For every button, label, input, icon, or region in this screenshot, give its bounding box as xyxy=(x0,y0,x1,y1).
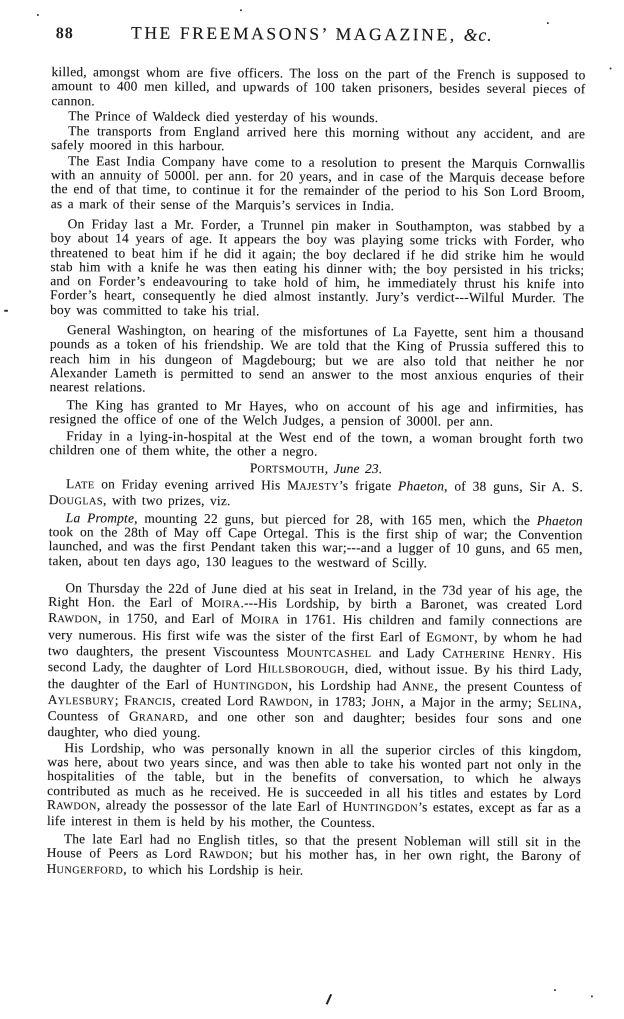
scan-speck xyxy=(4,310,8,312)
text-segment: ; but his mother has, in her own right, … xyxy=(249,846,581,863)
page-number: 88 xyxy=(56,25,74,43)
text-segment: THE FREEMASONS’ MAGAZINE, xyxy=(131,23,464,45)
smallcaps-text: PORTSMOUTH xyxy=(250,460,325,475)
text-segment: His Lordship, who was personally known i… xyxy=(47,740,581,801)
smallcaps-text: SELINA xyxy=(537,695,578,710)
scan-speck xyxy=(610,67,612,69)
smallcaps-text: HILLSBOROUGH xyxy=(258,661,345,677)
smallcaps-text: GRANARD xyxy=(129,709,185,724)
text-segment: The transports from England arrived here… xyxy=(51,123,585,153)
smallcaps-text: RAWDON xyxy=(47,797,97,812)
text-segment: , in 1783; xyxy=(309,694,372,709)
scan-speck xyxy=(37,14,39,16)
text-segment: ; xyxy=(115,692,125,707)
smallcaps-text: CATHERINE HENRY xyxy=(442,645,552,661)
italic-text: Phaeton xyxy=(537,513,583,528)
smallcaps-text: RAWDON xyxy=(199,846,249,861)
italic-text: La Prompte xyxy=(66,510,134,525)
smallcaps-text: LATE xyxy=(66,476,95,491)
smallcaps-text: DOUGLAS xyxy=(49,492,103,507)
smallcaps-text: MOIRA xyxy=(201,595,240,610)
paragraph-earl-of-moira-obituary: On Thursday the 22d of June died at his … xyxy=(47,581,582,743)
italic-text: &c. xyxy=(464,25,493,45)
text-segment: The East India Company have come to a re… xyxy=(51,153,585,213)
text-segment: on Friday evening arrived His xyxy=(95,476,288,492)
smallcaps-text: MOUNTCASHEL xyxy=(287,645,372,661)
paragraph-his-lordship-circles: His Lordship, who was personally known i… xyxy=(47,741,582,832)
paragraph-east-india-company: The East India Company have come to a re… xyxy=(51,154,585,214)
paragraph-king-hayes-pension: The King has granted to Mr Hayes, who on… xyxy=(49,398,583,430)
smallcaps-text: EGMONT xyxy=(426,629,474,644)
text-segment: ’s frigate xyxy=(339,478,398,493)
text-segment: , in 1750, and Earl of xyxy=(98,611,241,627)
scan-stray-mark xyxy=(326,994,332,1005)
text-segment: killed, amongst whom are five officers. … xyxy=(51,64,585,108)
text-segment: General Washington, on hearing of the mi… xyxy=(50,322,584,395)
scan-speck xyxy=(547,22,549,24)
smallcaps-text: HUNTINGDON xyxy=(343,799,418,814)
magazine-page: 88 THE FREEMASONS’ MAGAZINE, &c. killed,… xyxy=(0,0,624,1019)
paragraph-late-earl-titles: The late Earl had no English titles, so … xyxy=(47,832,581,882)
text-segment: , created Lord xyxy=(172,693,259,709)
text-segment: The Prince of Waldeck died yesterday of … xyxy=(68,108,378,125)
paragraph-lying-in-hospital: Friday in a lying-in-hospital at the Wes… xyxy=(49,429,583,461)
text-segment: , to which his Lordship is heir. xyxy=(123,862,303,878)
italic-text: June 23. xyxy=(334,461,383,476)
text-segment: , the present Countess of xyxy=(434,678,581,694)
paragraph-general-washington: General Washington, on hearing of the mi… xyxy=(50,323,584,398)
paragraph-transports: The transports from England arrived here… xyxy=(51,124,585,156)
scan-speck xyxy=(59,765,61,767)
scan-speck xyxy=(591,995,593,997)
page-body: killed, amongst whom are five officers. … xyxy=(47,65,586,882)
smallcaps-text: FRANCIS xyxy=(124,692,172,707)
text-segment: .---His Lordship, by birth a Baronet, wa… xyxy=(240,595,582,612)
smallcaps-text: HUNTINGDON xyxy=(213,677,288,692)
smallcaps-text: MAJESTY xyxy=(287,478,339,493)
text-segment: , with two prizes, viz. xyxy=(103,493,231,509)
text-segment: and Lady xyxy=(371,645,442,660)
smallcaps-text: HUNGERFORD xyxy=(47,861,124,876)
text-segment: , his Lordship had xyxy=(289,677,403,693)
italic-text: Phaeton xyxy=(398,478,444,493)
smallcaps-text: JOHN xyxy=(372,694,401,709)
paragraph-forder-murder: On Friday last a Mr. Forder, a Trunnel p… xyxy=(50,217,585,320)
smallcaps-text: RAWDON xyxy=(259,693,309,708)
smallcaps-text: AYLESBURY xyxy=(48,692,115,707)
smallcaps-text: RAWDON xyxy=(48,610,98,625)
paragraph-frigate-phaeton: LATE on Friday evening arrived His MAJES… xyxy=(49,477,583,513)
text-segment: On Friday last a Mr. Forder, a Trunnel p… xyxy=(50,216,585,318)
page-header: 88 THE FREEMASONS’ MAGAZINE, &c. xyxy=(0,22,624,52)
text-segment: , already the possessor of the late Earl… xyxy=(97,797,343,814)
text-segment: , a Major in the army; xyxy=(401,694,538,710)
paragraph-french-losses: killed, amongst whom are five officers. … xyxy=(51,65,585,111)
text-segment: The King has granted to Mr Hayes, who on… xyxy=(49,397,583,429)
text-segment: , of 38 guns, Sir A. S. xyxy=(444,478,583,494)
scan-speck xyxy=(554,989,556,991)
paragraph-la-prompte: La Prompte, mounting 22 guns, but pierce… xyxy=(49,511,583,571)
text-segment: took on the 28th of May off Cape Ortegal… xyxy=(49,524,583,570)
smallcaps-text: MOIRA xyxy=(241,612,280,627)
text-segment: Friday in a lying-in-hospital at the Wes… xyxy=(49,428,583,459)
smallcaps-text: ANNE xyxy=(402,678,434,693)
journal-title: THE FREEMASONS’ MAGAZINE, &c. xyxy=(0,22,624,47)
scan-speck xyxy=(240,9,242,11)
